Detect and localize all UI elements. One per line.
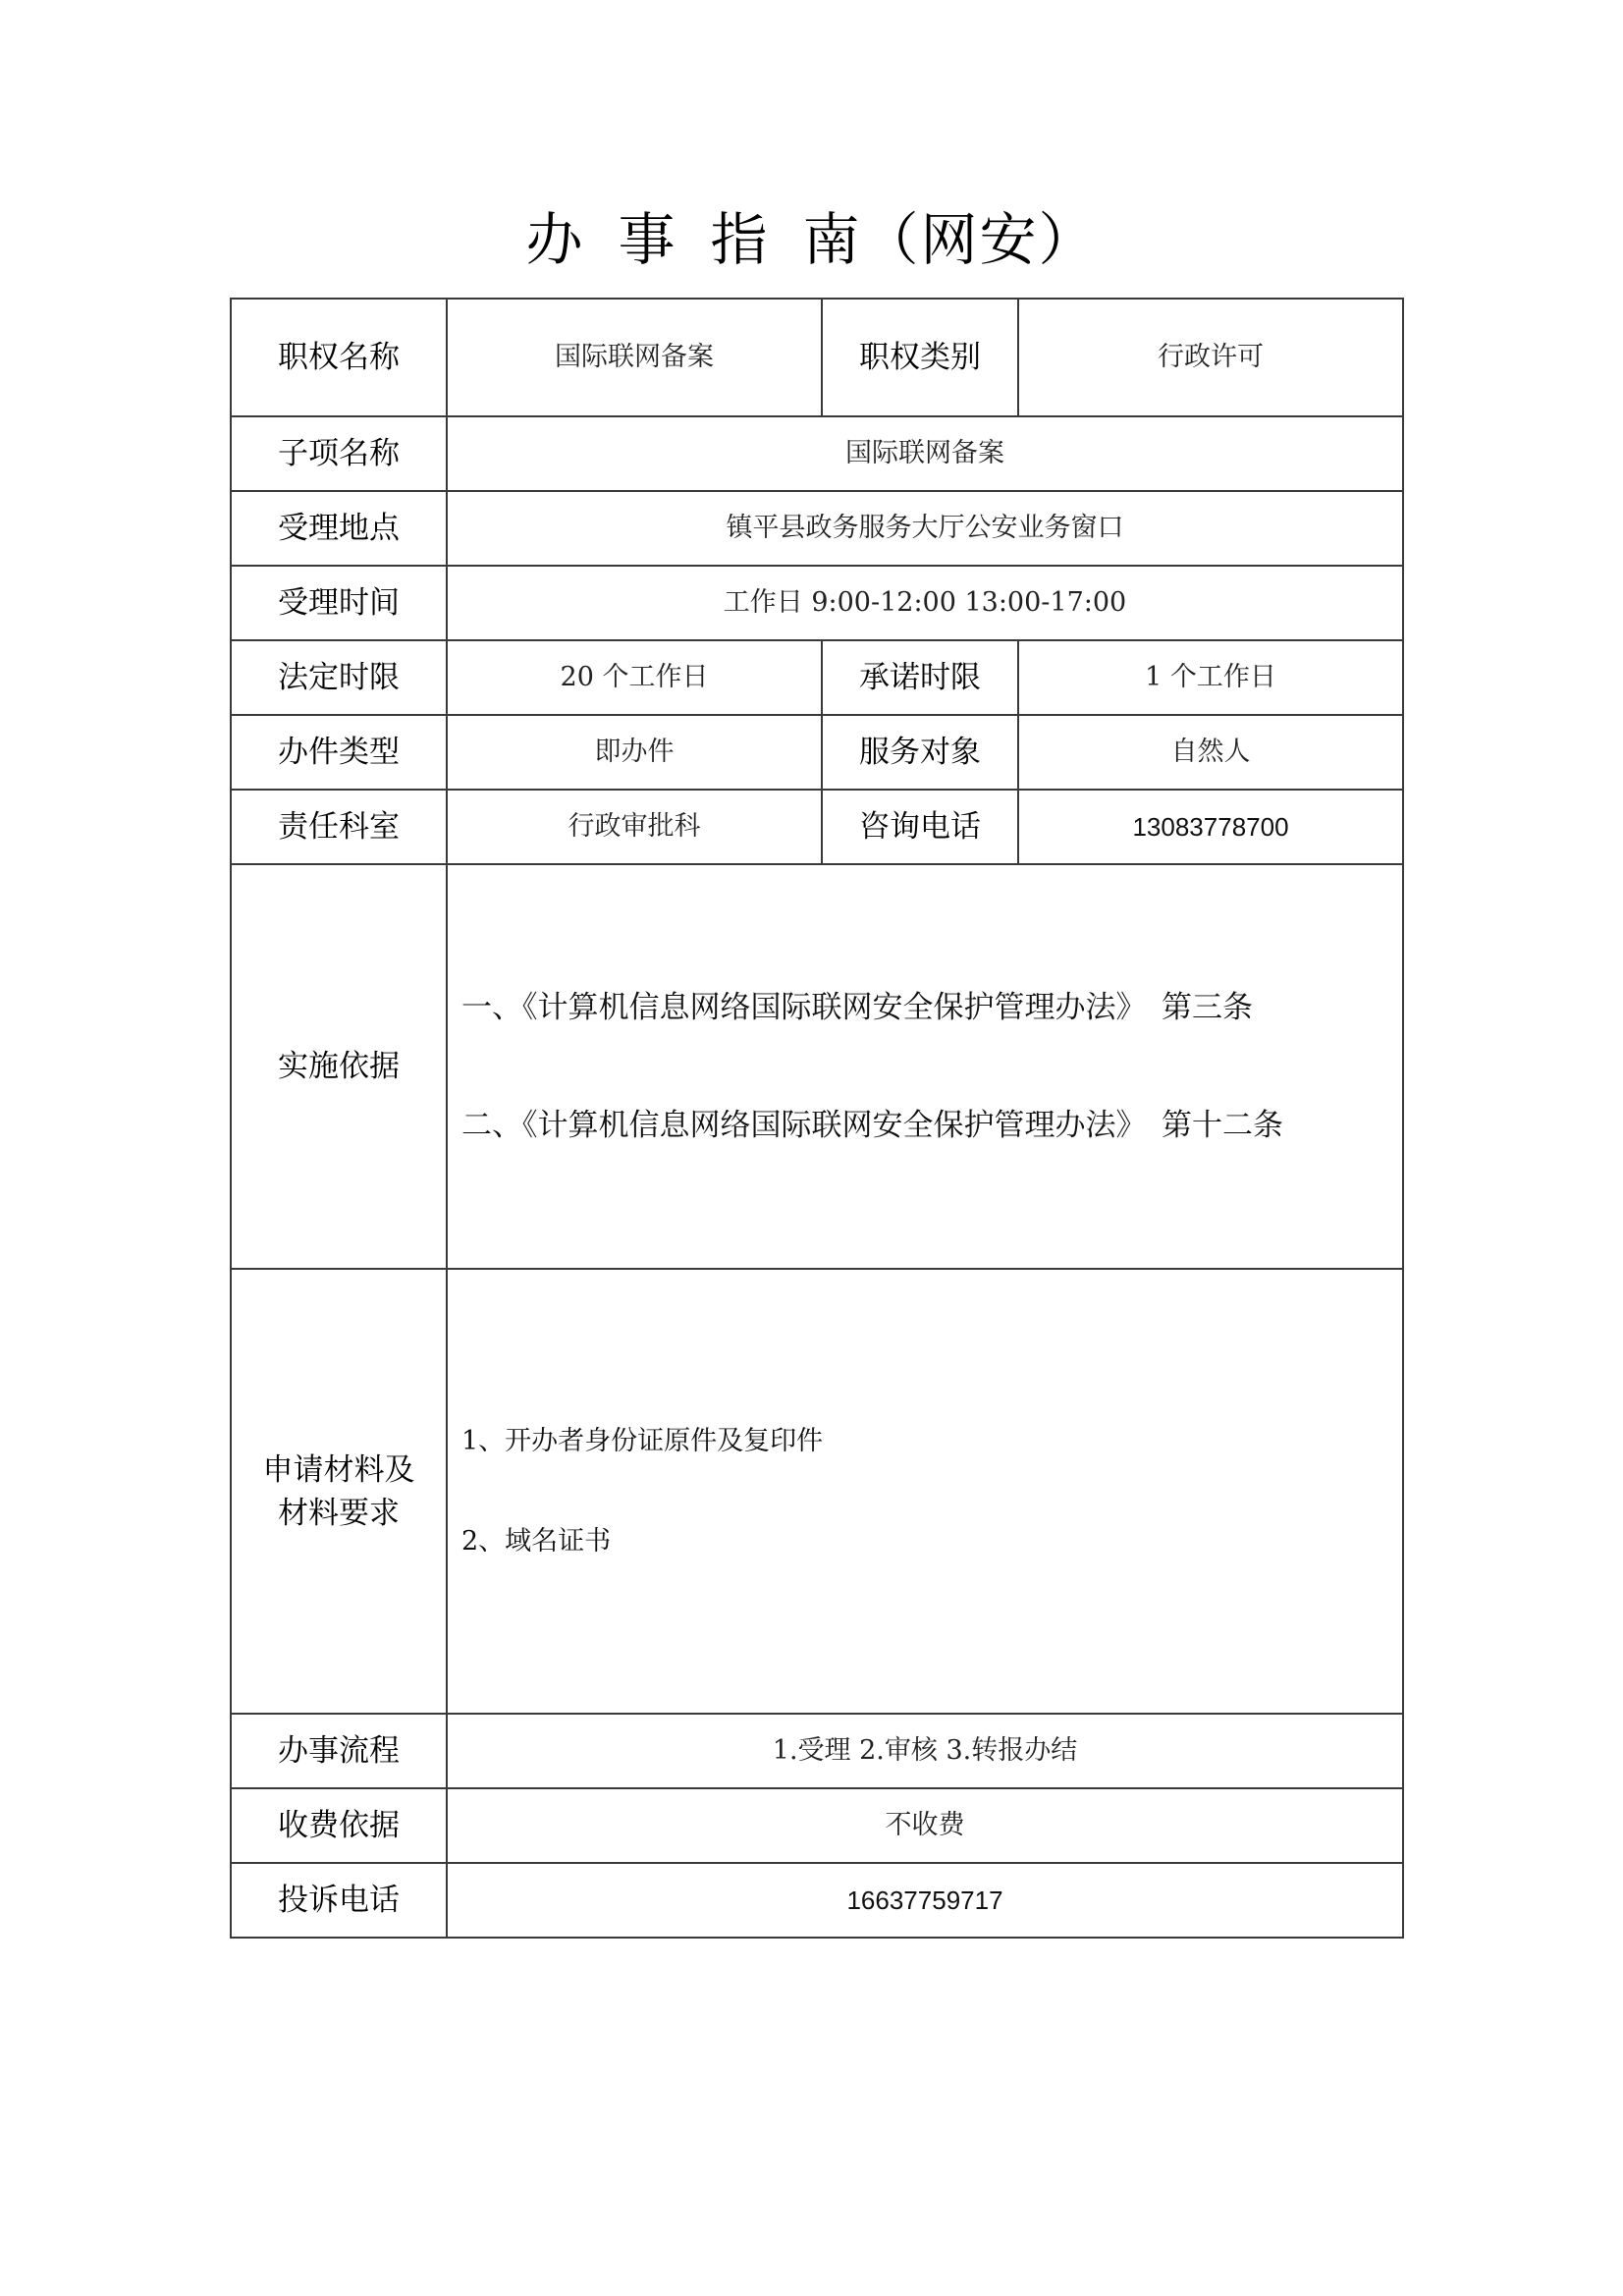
basis-line: 一、《计算机信息网络国际联网安全保护管理办法》 第三条 bbox=[461, 988, 1402, 1027]
case-type-value: 即办件 bbox=[447, 715, 822, 790]
complaint-phone-value: 16637759717 bbox=[447, 1863, 1403, 1938]
materials-label-line: 材料要求 bbox=[232, 1492, 446, 1535]
table-row: 职权名称 国际联网备案 职权类别 行政许可 bbox=[231, 299, 1403, 416]
consult-phone-label: 咨询电话 bbox=[822, 790, 1018, 864]
fee-basis-label: 收费依据 bbox=[231, 1788, 447, 1863]
service-target-value: 自然人 bbox=[1018, 715, 1403, 790]
materials-line: 2、域名证书 bbox=[461, 1525, 1402, 1558]
hours-value: 工作日 9:00-12:00 13:00-17:00 bbox=[447, 566, 1403, 640]
service-guide-table: 职权名称 国际联网备案 职权类别 行政许可 子项名称 国际联网备案 受理地点 镇… bbox=[230, 298, 1404, 1939]
materials-label-line: 申请材料及 bbox=[232, 1449, 446, 1492]
department-value: 行政审批科 bbox=[447, 790, 822, 864]
title-char: 事 bbox=[618, 206, 676, 273]
materials-label: 申请材料及 材料要求 bbox=[231, 1269, 447, 1714]
department-label: 责任科室 bbox=[231, 790, 447, 864]
table-row: 责任科室 行政审批科 咨询电话 13083778700 bbox=[231, 790, 1403, 864]
table-row: 实施依据 一、《计算机信息网络国际联网安全保护管理办法》 第三条 二、《计算机信… bbox=[231, 864, 1403, 1269]
power-type-value: 行政许可 bbox=[1018, 299, 1403, 416]
power-name-value: 国际联网备案 bbox=[447, 299, 822, 416]
process-label: 办事流程 bbox=[231, 1714, 447, 1788]
title-char: 南 bbox=[803, 206, 862, 273]
promised-limit-value: 1 个工作日 bbox=[1018, 640, 1403, 715]
location-label: 受理地点 bbox=[231, 491, 447, 566]
table-row: 受理时间 工作日 9:00-12:00 13:00-17:00 bbox=[231, 566, 1403, 640]
service-target-label: 服务对象 bbox=[822, 715, 1018, 790]
table-row: 办事流程 1.受理 2.审核 3.转报办结 bbox=[231, 1714, 1403, 1788]
legal-limit-value: 20 个工作日 bbox=[447, 640, 822, 715]
table-row: 子项名称 国际联网备案 bbox=[231, 416, 1403, 491]
consult-phone-value: 13083778700 bbox=[1018, 790, 1403, 864]
table-row: 收费依据 不收费 bbox=[231, 1788, 1403, 1863]
basis-line: 二、《计算机信息网络国际联网安全保护管理办法》 第十二条 bbox=[461, 1106, 1402, 1145]
location-value: 镇平县政务服务大厅公安业务窗口 bbox=[447, 491, 1403, 566]
materials-line: 1、开办者身份证原件及复印件 bbox=[461, 1425, 1402, 1458]
complaint-phone-label: 投诉电话 bbox=[231, 1863, 447, 1938]
sub-item-value: 国际联网备案 bbox=[447, 416, 1403, 491]
legal-limit-label: 法定时限 bbox=[231, 640, 447, 715]
case-type-label: 办件类型 bbox=[231, 715, 447, 790]
promised-limit-label: 承诺时限 bbox=[822, 640, 1018, 715]
table-row: 投诉电话 16637759717 bbox=[231, 1863, 1403, 1938]
power-type-label: 职权类别 bbox=[822, 299, 1018, 416]
table-row: 申请材料及 材料要求 1、开办者身份证原件及复印件 2、域名证书 bbox=[231, 1269, 1403, 1714]
table-row: 受理地点 镇平县政务服务大厅公安业务窗口 bbox=[231, 491, 1403, 566]
fee-basis-value: 不收费 bbox=[447, 1788, 1403, 1863]
basis-content: 一、《计算机信息网络国际联网安全保护管理办法》 第三条 二、《计算机信息网络国际… bbox=[447, 864, 1403, 1269]
table-row: 法定时限 20 个工作日 承诺时限 1 个工作日 bbox=[231, 640, 1403, 715]
title-char: 办 bbox=[525, 206, 584, 273]
sub-item-label: 子项名称 bbox=[231, 416, 447, 491]
title-suffix: （网安） bbox=[862, 206, 1098, 273]
hours-label: 受理时间 bbox=[231, 566, 447, 640]
materials-content: 1、开办者身份证原件及复印件 2、域名证书 bbox=[447, 1269, 1403, 1714]
power-name-label: 职权名称 bbox=[231, 299, 447, 416]
process-value: 1.受理 2.审核 3.转报办结 bbox=[447, 1714, 1403, 1788]
title-char: 指 bbox=[710, 206, 769, 273]
table-row: 办件类型 即办件 服务对象 自然人 bbox=[231, 715, 1403, 790]
basis-label: 实施依据 bbox=[231, 864, 447, 1269]
page-title: 办事指南（网安） bbox=[0, 204, 1623, 275]
